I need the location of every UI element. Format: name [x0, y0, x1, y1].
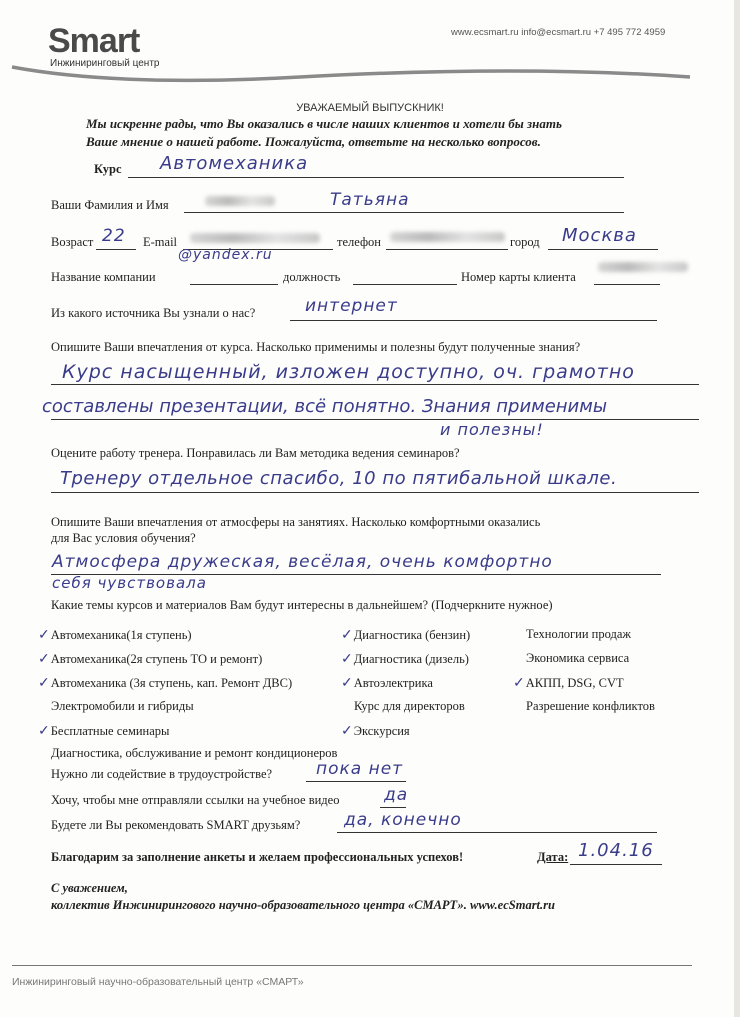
check-mark-icon: ✓ [341, 676, 353, 691]
redacted-surname [205, 196, 275, 206]
redacted-phone [390, 232, 505, 242]
city-line [548, 249, 658, 250]
topics-question: Какие темы курсов и материалов Вам будут… [51, 598, 553, 613]
card-line [594, 284, 660, 285]
course-value[interactable]: Автомеханика [160, 153, 308, 174]
check-mark-icon: ✓ [341, 628, 353, 643]
city-label: город [510, 235, 540, 250]
email-label: E-mail [143, 235, 177, 250]
name-label: Ваши Фамилия и Имя [51, 198, 169, 213]
topic-label: АКПП, DSG, CVT [526, 676, 624, 690]
source-label: Из какого источника Вы узнали о нас? [51, 306, 255, 321]
redacted-email [190, 233, 320, 243]
name-line [184, 212, 624, 213]
position-line [353, 284, 457, 285]
topic-item[interactable]: Диагностика, обслуживание и ремонт конди… [51, 746, 337, 761]
topic-item[interactable]: ✓Бесплатные семинары [38, 723, 169, 740]
regards-line-2: коллектив Инжинирингового научно-образов… [51, 898, 555, 913]
course-impressions-question: Опишите Ваши впечатления от курса. Наско… [51, 340, 580, 355]
topic-item[interactable]: Экономика сервиса [526, 651, 629, 666]
trainer-answer[interactable]: Тренеру отдельное спасибо, 10 по пятибал… [60, 468, 617, 489]
employment-line [306, 781, 406, 782]
topic-item[interactable]: ✓Автомеханика(2я ступень ТО и ремонт) [38, 651, 262, 668]
source-value[interactable]: интернет [305, 296, 398, 316]
topic-label: Электромобили и гибриды [51, 699, 194, 713]
course-answer-line-2 [51, 419, 699, 420]
intro-text: Мы искренне рады, что Вы оказались в чис… [86, 115, 562, 151]
topic-label: Диагностика (бензин) [354, 628, 470, 642]
atmosphere-answer-2[interactable]: себя чувствовала [52, 574, 207, 592]
company-label: Название компании [51, 270, 156, 285]
check-mark-icon: ✓ [38, 652, 50, 667]
redacted-card [598, 262, 688, 272]
date-value[interactable]: 1.04.16 [578, 840, 654, 861]
email-value[interactable]: @yandex.ru [178, 247, 273, 263]
topic-label: Автомеханика(1я ступень) [51, 628, 192, 642]
check-mark-icon: ✓ [341, 724, 353, 739]
topic-item[interactable]: Разрешение конфликтов [526, 699, 655, 714]
source-line [290, 320, 657, 321]
intro-line-2: Ваше мнение о нашей работе. Пожалуйста, … [86, 133, 562, 151]
topic-item[interactable]: Курс для директоров [354, 699, 465, 714]
check-mark-icon: ✓ [38, 724, 50, 739]
intro-line-1: Мы искренне рады, что Вы оказались в чис… [86, 115, 562, 133]
course-answer-3[interactable]: и полезны! [440, 420, 544, 439]
footer-text: Инжиниринговый научно-образовательный це… [12, 976, 304, 988]
topic-label: Автомеханика (3я ступень, кап. Ремонт ДВ… [51, 676, 292, 690]
atmosphere-question-2: для Вас условия обучения? [51, 531, 196, 546]
topic-label: Экскурсия [354, 724, 410, 738]
city-value[interactable]: Москва [562, 225, 637, 246]
topic-label: Экономика сервиса [526, 651, 629, 665]
topic-item[interactable]: ✓Автоэлектрика [341, 675, 433, 692]
course-line [128, 177, 624, 178]
contacts: www.ecsmart.ru info@ecsmart.ru +7 495 77… [451, 27, 665, 38]
phone-line [386, 249, 508, 250]
age-value[interactable]: 22 [102, 226, 126, 246]
topic-label: Автомеханика(2я ступень ТО и ремонт) [51, 652, 263, 666]
video-value[interactable]: да [384, 785, 408, 805]
topic-label: Диагностика, обслуживание и ремонт конди… [51, 746, 337, 760]
recommend-value[interactable]: да, конечно [344, 810, 462, 830]
atmosphere-answer-1[interactable]: Атмосфера дружеская, весёлая, очень комф… [52, 552, 553, 572]
recommend-label: Будете ли Вы рекомендовать SMART друзьям… [51, 818, 300, 833]
position-label: должность [283, 270, 340, 285]
course-label: Курс [94, 162, 122, 177]
video-line [380, 807, 406, 808]
topic-label: Бесплатные семинары [51, 724, 170, 738]
atmosphere-question-1: Опишите Ваши впечатления от атмосферы на… [51, 515, 540, 530]
check-mark-icon: ✓ [341, 652, 353, 667]
phone-label: телефон [337, 235, 381, 250]
recommend-line [337, 832, 657, 833]
employment-value[interactable]: пока нет [316, 759, 403, 779]
topic-item[interactable]: ✓Автомеханика(1я ступень) [38, 627, 192, 644]
thanks-text: Благодарим за заполнение анкеты и желаем… [51, 850, 463, 865]
topic-label: Разрешение конфликтов [526, 699, 655, 713]
video-label: Хочу, чтобы мне отправляли ссылки на уче… [51, 793, 339, 808]
name-value[interactable]: Татьяна [330, 190, 409, 210]
topic-item[interactable]: ✓АКПП, DSG, CVT [513, 675, 624, 692]
topic-label: Диагностика (дизель) [354, 652, 469, 666]
topic-item[interactable]: ✓Диагностика (дизель) [341, 651, 469, 668]
check-mark-icon: ✓ [38, 676, 50, 691]
age-label: Возраст [51, 235, 93, 250]
course-answer-2[interactable]: составлены презентации, всё понятно. Зна… [42, 396, 607, 417]
course-answer-line-1 [51, 384, 699, 385]
company-line [190, 284, 278, 285]
card-label: Номер карты клиента [461, 270, 576, 285]
check-mark-icon: ✓ [38, 628, 50, 643]
employment-label: Нужно ли содействие в трудоустройстве? [51, 767, 272, 782]
topic-item[interactable]: Технологии продаж [526, 627, 631, 642]
topic-item[interactable]: Электромобили и гибриды [51, 699, 194, 714]
course-answer-1[interactable]: Курс насыщенный, изложен доступно, оч. г… [62, 361, 635, 383]
regards-line-1: С уважением, [51, 881, 128, 896]
form-title: УВАЖАЕМЫЙ ВЫПУСКНИК! [0, 102, 740, 114]
age-line [96, 249, 136, 250]
date-line [570, 864, 662, 865]
topic-label: Автоэлектрика [354, 676, 433, 690]
paper-edge [734, 0, 740, 1017]
topic-label: Технологии продаж [526, 627, 631, 641]
check-mark-icon: ✓ [513, 676, 525, 691]
header-swoosh [0, 55, 740, 95]
trainer-question: Оцените работу тренера. Понравилась ли В… [51, 446, 460, 461]
topic-item[interactable]: ✓Диагностика (бензин) [341, 627, 470, 644]
topic-item[interactable]: ✓Автомеханика (3я ступень, кап. Ремонт Д… [38, 675, 292, 692]
date-label: Дата: [537, 850, 568, 865]
topic-label: Курс для директоров [354, 699, 465, 713]
trainer-answer-line [51, 492, 699, 493]
topic-item[interactable]: ✓Экскурсия [341, 723, 410, 740]
footer-divider [12, 965, 692, 966]
